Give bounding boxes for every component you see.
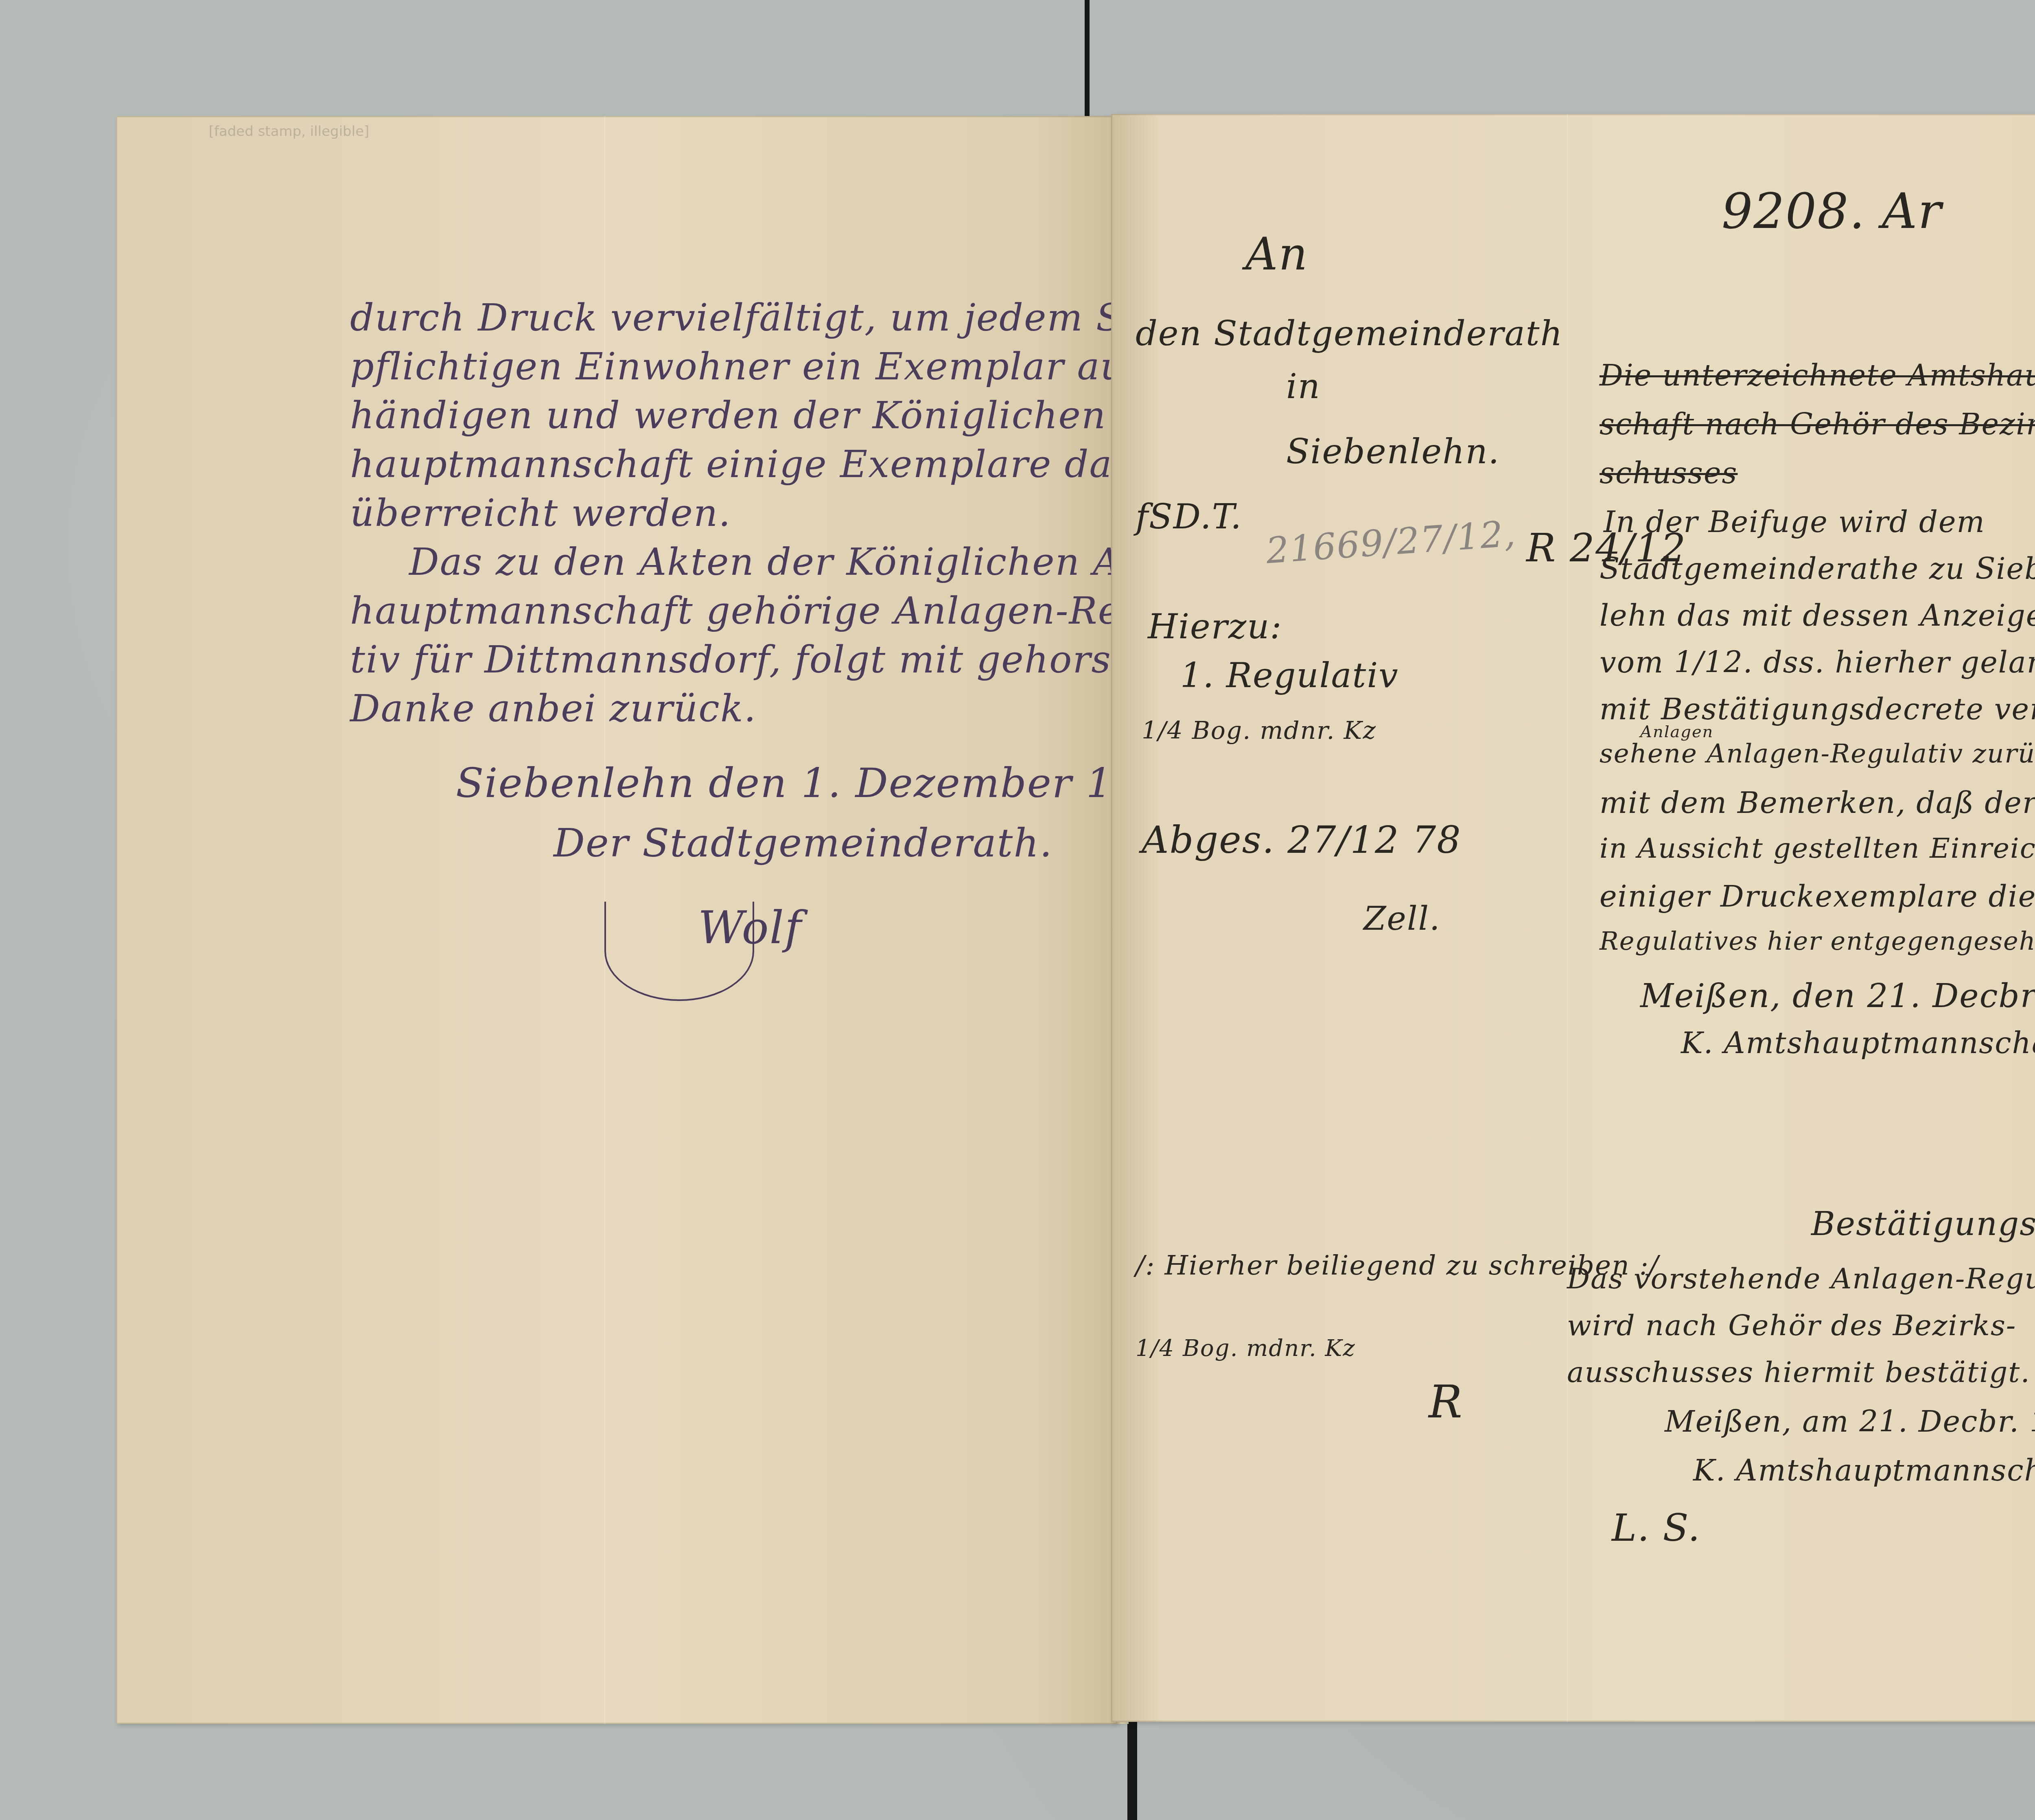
body-line: Das zu den Akten der Königlichen Amts- [409,539,1206,585]
dispatch-date: Abges. 27/12 78 [1142,818,1462,862]
body-line: hauptmannschaft gehörige Anlagen-Regula- [350,588,1220,634]
body-line: vom 1/12. dss. hierher gelangte [1600,645,2035,679]
body-line: mit dem Bemerken, daß der [1600,786,2035,820]
authority: K. Amtshauptmannschaft [1681,1026,2035,1060]
body-line: Danke anbei zurück. [350,686,757,732]
address-place: Siebenlehn. [1286,431,1500,471]
seal-mark: L. S. [1612,1506,1701,1550]
faded-stamp: [faded stamp, illegible] [187,122,391,204]
registry-number: 21669/27/12, [1265,512,1517,572]
body-line: einiger Druckexemplare dieses [1600,879,2035,913]
struck-line: schaft nach Gehör des Bezirksaus- [1600,407,2035,441]
signature-flourish [604,902,754,1001]
address-in: in [1286,366,1321,406]
body-line: händigen und werden der Königlichen Amts… [350,393,1232,438]
body-line: In der Beifuge wird dem [1604,505,1985,539]
margin-initial: R [1429,1376,1463,1428]
decree-place-date: Meißen, am 21. Decbr. 1878. [1665,1404,2035,1439]
reference-mark: fSD.T. [1136,497,1242,537]
fold-crease [1567,114,1568,1722]
body-line: hauptmannschaft einige Exemplare davon [350,442,1183,487]
struck-line: Die unterzeichnete Amtshauptmann- [1600,358,2035,392]
enclosures-label: Hierzu: [1148,607,1282,646]
body-line: durch Druck vervielfältigt, um jedem Ste… [350,295,1241,341]
binding-marker-top [1085,0,1090,118]
enclosure-item: 1. Regulativ [1180,655,1399,695]
struck-line: schusses [1600,456,1737,490]
margin-note-sheets: 1/4 Bog. mdnr. Kz [1136,1335,1356,1362]
body-line: Regulatives hier entgegengesehen wird. [1600,926,2035,956]
note-sheets: 1/4 Bog. mdnr. Kz [1142,716,1376,745]
binding-marker-bottom [1127,1710,1137,1820]
decree-line: ausschusses hiermit bestätigt. [1567,1356,2031,1389]
body-line: mit Bestätigungsdecrete ver- [1600,692,2035,726]
decree-line: Das vorstehende Anlagen-Regulativ [1567,1262,2035,1295]
right-page: 9208. Ar An den Stadtgemeinderath in Sie… [1111,114,2035,1722]
body-line: Stadtgemeinderathe zu Sieben- [1600,552,2035,586]
decree-authority: K. Amtshauptmannschaft [1693,1453,2035,1487]
file-number: 9208. Ar [1722,183,1942,240]
address-recipient: den Stadtgemeinderath [1136,313,1563,353]
left-page: [faded stamp, illegible] durch Druck ver… [116,116,1117,1724]
decree-title: Bestätigungsdecret. [1811,1205,2035,1243]
place-date: Meißen, den 21. Decbr. 78. [1640,977,2035,1015]
body-line: in Aussicht gestellten Einreichung [1600,832,2035,865]
body-line: lehn das mit dessen Anzeige [1600,598,2035,633]
place-date: Siebenlehn den 1. Dezember 1878. [456,759,1207,807]
sender: Der Stadtgemeinderath. [554,820,1053,866]
body-line: überreicht werden. [350,491,731,536]
dispatch-initials: Zell. [1363,900,1441,937]
decree-line: wird nach Gehör des Bezirks- [1567,1309,2016,1342]
body-line: pflichtigen Einwohner ein Exemplar auszu… [350,344,1204,390]
body-line: sehene Anlagen-Regulativ zurückgegeben, [1600,739,2035,769]
address-to: An [1245,228,1308,280]
